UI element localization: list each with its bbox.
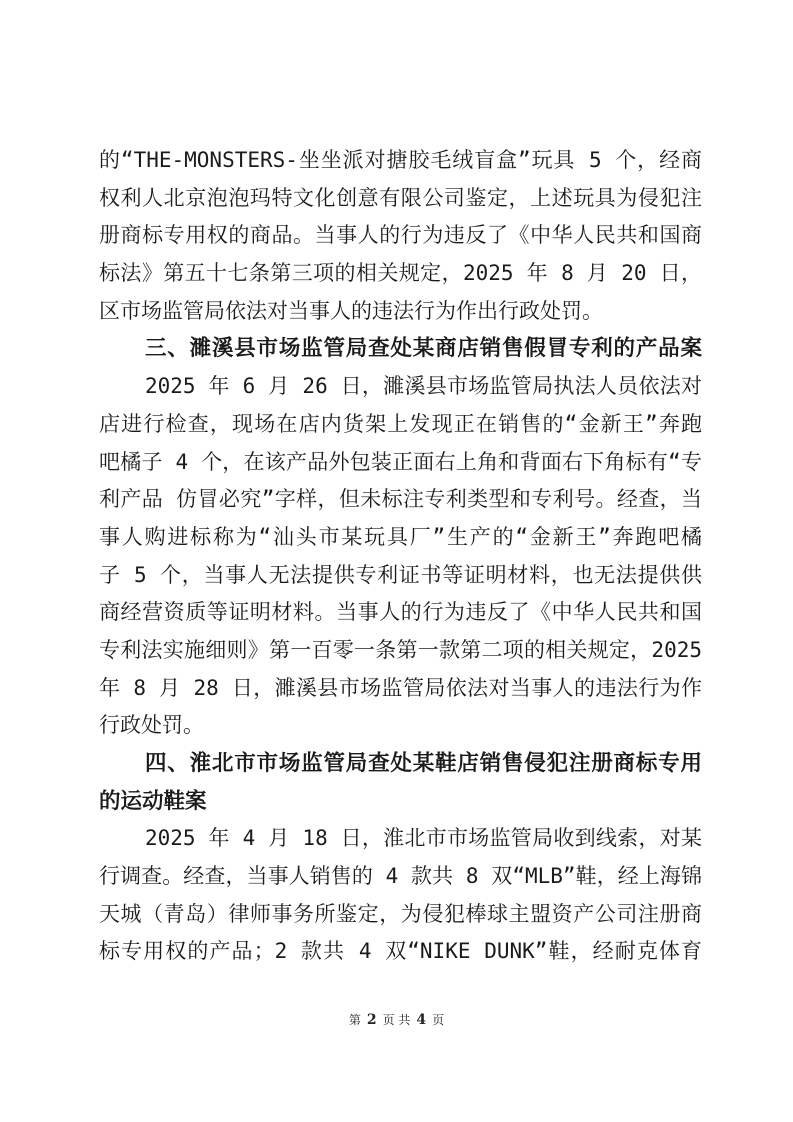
text-line: 行调查。经查，当事人销售的 4 款共 8 双“MLB”鞋，经上海锦 <box>99 858 702 896</box>
paragraph-case2-continuation: 的“THE-MONSTERS-坐坐派对搪胶毛绒盲盒”玩具 5 个，经商标权利人北… <box>99 142 702 330</box>
text-line: 商经营资质等证明材料。当事人的行为违反了《中华人民共和国 <box>99 594 702 632</box>
text-line: 行政处罚。 <box>99 707 702 745</box>
section-heading-case3: 三、濉溪县市场监管局查处某商店销售假冒专利的产品案 <box>99 330 702 368</box>
text-line: 2025 年 6 月 26 日，濉溪县市场监管局执法人员依法对某商 <box>99 368 702 406</box>
text-line: 区市场监管局依法对当事人的违法行为作出行政处罚。 <box>99 293 702 331</box>
text-line: 的“THE-MONSTERS-坐坐派对搪胶毛绒盲盒”玩具 5 个，经商标 <box>99 142 702 180</box>
text-line: 利产品 仿冒必究”字样，但未标注专利类型和专利号。经查，当 <box>99 481 702 519</box>
footer-prefix: 第 <box>349 1013 361 1027</box>
page-number: 2 <box>367 1012 377 1028</box>
text-line: 吧橘子 4 个，在该产品外包装正面右上角和背面右下角标有“专 <box>99 444 702 482</box>
document-content: 的“THE-MONSTERS-坐坐派对搪胶毛绒盲盒”玩具 5 个，经商标权利人北… <box>99 142 702 971</box>
text-line: 店进行检查，现场在店内货架上发现正在销售的“金新王”奔跑 <box>99 406 702 444</box>
text-line: 的运动鞋案 <box>99 783 702 821</box>
paragraph-case4: 2025 年 4 月 18 日，淮北市市场监管局收到线索，对某鞋店进行调查。经查… <box>99 820 702 971</box>
text-line: 四、淮北市市场监管局查处某鞋店销售侵犯注册商标专用权 <box>99 745 702 783</box>
text-line: 天城（青岛）律师事务所鉴定，为侵犯棒球主盟资产公司注册商 <box>99 896 702 934</box>
page-footer: 第2页 共4页 <box>0 1010 793 1030</box>
section-heading-case4: 四、淮北市市场监管局查处某鞋店销售侵犯注册商标专用权的运动鞋案 <box>99 745 702 820</box>
text-line: 2025 年 4 月 18 日，淮北市市场监管局收到线索，对某鞋店进 <box>99 820 702 858</box>
text-line: 事人购进标称为“汕头市某玩具厂”生产的“金新王”奔跑吧橘 <box>99 519 702 557</box>
text-line: 三、濉溪县市场监管局查处某商店销售假冒专利的产品案 <box>99 330 702 368</box>
paragraph-case3: 2025 年 6 月 26 日，濉溪县市场监管局执法人员依法对某商店进行检查，现… <box>99 368 702 745</box>
text-line: 年 8 月 28 日，濉溪县市场监管局依法对当事人的违法行为作出 <box>99 670 702 708</box>
total-pages: 4 <box>416 1012 426 1028</box>
footer-suffix: 页 <box>432 1013 444 1027</box>
document-page: 的“THE-MONSTERS-坐坐派对搪胶毛绒盲盒”玩具 5 个，经商标权利人北… <box>0 0 793 1122</box>
footer-infix: 页 共 <box>383 1013 411 1027</box>
text-line: 册商标专用权的商品。当事人的行为违反了《中华人民共和国商 <box>99 217 702 255</box>
text-line: 标专用权的产品；2 款共 4 双“NIKE DUNK”鞋，经耐克体育（中 <box>99 933 702 971</box>
text-line: 子 5 个，当事人无法提供专利证书等证明材料，也无法提供供货 <box>99 557 702 595</box>
text-line: 标法》第五十七条第三项的相关规定，2025 年 8 月 20 日，烈山 <box>99 255 702 293</box>
text-line: 专利法实施细则》第一百零一条第一款第二项的相关规定，2025 <box>99 632 702 670</box>
text-line: 权利人北京泡泡玛特文化创意有限公司鉴定，上述玩具为侵犯注 <box>99 180 702 218</box>
